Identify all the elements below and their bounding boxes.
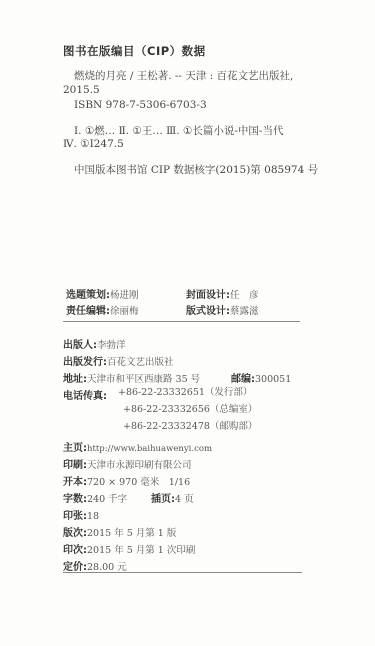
info-phone-2: +86-22-23332656（总编室）: [123, 401, 257, 415]
credit-editor: 责任编辑:徐丽梅: [66, 299, 139, 318]
info-label: 电话传真:: [63, 391, 107, 402]
info-label: 插页:: [151, 494, 175, 505]
info-phone: 电话传真:: [63, 384, 107, 403]
info-value: 4 页: [175, 494, 194, 505]
cip-isbn: ISBN 978-7-5306-6703-3: [74, 99, 207, 111]
cip-number: 中国版本图书馆 CIP 数据核字(2015)第 085974 号: [74, 162, 318, 177]
cip-classification-1: Ⅰ. ①燃… Ⅱ. ①王… Ⅲ. ①长篇小说-中国-当代: [74, 123, 283, 138]
cip-title: 图书在版编目（CIP）数据: [63, 43, 206, 59]
credit-label: 责任编辑:: [66, 306, 110, 317]
credit-value: 徐丽梅: [110, 306, 139, 317]
info-value: 300051: [255, 374, 291, 385]
divider-bottom: [63, 572, 302, 573]
cip-line-2: 2015.5: [63, 84, 100, 96]
info-phone-3: +86-22-23332478（邮购部）: [123, 418, 257, 432]
info-plates: 插页:4 页: [151, 487, 194, 506]
credit-label: 版式设计:: [186, 306, 230, 317]
cip-classification-2: Ⅳ. ①I247.5: [63, 138, 124, 150]
credit-layout-design: 版式设计:蔡露滋: [186, 299, 259, 318]
info-phone-1: +86-22-23332651（发行部）: [118, 384, 252, 398]
credit-value: 蔡露滋: [230, 306, 259, 317]
divider-top: [63, 321, 300, 322]
cip-line-1: 燃烧的月亮 / 王松著. -- 天津 : 百花文艺出版社,: [74, 68, 293, 83]
